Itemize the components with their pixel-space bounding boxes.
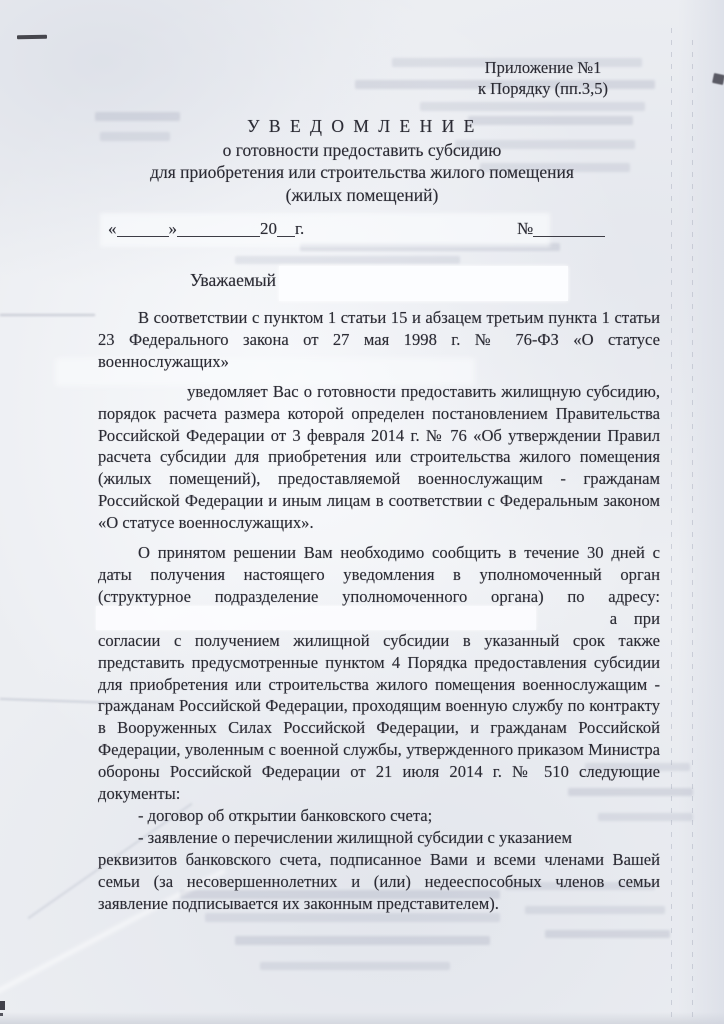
document-body: В соответствии с пунктом 1 статьи 15 и а… (98, 307, 660, 914)
paragraph-response-after-blank: а при согласии с получением жилищной суб… (98, 609, 660, 803)
addressee-name-blank (279, 266, 568, 301)
number-line: № (517, 219, 605, 239)
annex-note: Приложение №1 к Порядку (пп.3,5) (450, 57, 636, 99)
paragraph-response-before-blank: О принятом решении Вам необходимо сообщи… (98, 543, 660, 606)
annex-line-1: Приложение №1 (450, 57, 636, 78)
paragraph-notification-text: уведомляет Вас о готовности предоставить… (98, 382, 660, 532)
number-blank-line (533, 222, 605, 237)
document-list-item-1: - договор об открытии банковского счета; (98, 805, 660, 827)
paper-crease (0, 314, 95, 316)
document-subtitle-3: (жилых помещений) (0, 184, 724, 207)
salutation-line: Уважаемый (190, 270, 276, 291)
organization-name-blank (98, 396, 182, 397)
document-title: У В Е Д О М Л Е Н И Е (0, 115, 724, 138)
open-quote: « (108, 219, 117, 238)
month-blank-line (177, 222, 260, 237)
paragraph-notification: уведомляет Вас о готовности предоставить… (98, 381, 660, 534)
year-prefix: 20 (260, 219, 277, 238)
bleedthrough-text-ghost (545, 930, 670, 938)
paragraph-response-instructions: О принятом решении Вам необходимо сообщи… (98, 542, 660, 805)
salutation-label: Уважаемый (190, 270, 276, 290)
year-blank-line (277, 222, 295, 237)
document-subtitle-2: для приобретения или строительства жилог… (0, 161, 724, 184)
bleedthrough-text-ghost (235, 936, 490, 945)
document-title-block: У В Е Д О М Л Е Н И Е о готовности предо… (0, 115, 724, 206)
date-line: «»20г. (108, 219, 304, 239)
close-quote: » (169, 219, 178, 238)
right-edge-scan-mark (712, 73, 724, 85)
document-list-item-2-first-line: - заявление о перечислении жилищной субс… (138, 828, 572, 847)
document-list-item-2-continuation: реквизитов банковского счета, подписанно… (98, 850, 660, 913)
bleedthrough-text-ghost (235, 256, 460, 264)
paragraph-legal-basis: В соответствии с пунктом 1 статьи 15 и а… (98, 307, 660, 373)
document-subtitle-1: о готовности предоставить субсидию (0, 139, 724, 162)
day-blank-line (117, 222, 169, 237)
pen-dash-mark (17, 35, 47, 39)
bleedthrough-text-ghost (420, 102, 645, 111)
bottom-left-scan-mark (0, 1001, 5, 1010)
bottom-left-scan-mark (0, 1013, 3, 1016)
document-list-item-2: - заявление о перечислении жилищной субс… (98, 827, 660, 915)
bleedthrough-text-ghost (260, 962, 450, 970)
address-blank-inline (98, 623, 593, 624)
number-sign: № (517, 219, 533, 238)
year-suffix: г. (295, 219, 304, 238)
scanned-document-page: Приложение №1 к Порядку (пп.3,5) У В Е Д… (0, 0, 724, 1024)
annex-line-2: к Порядку (пп.3,5) (450, 78, 636, 99)
